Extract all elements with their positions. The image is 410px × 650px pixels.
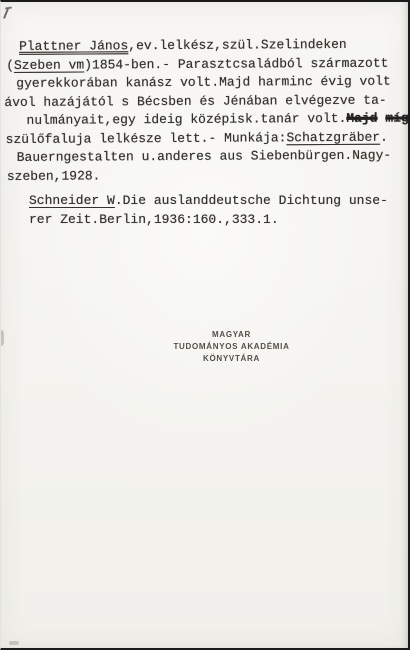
struck-out-text: míg <box>385 111 408 126</box>
text-segment: ( <box>6 57 14 72</box>
typewritten-line: rer Zeit.Berlin,1936:160.,333.1. <box>4 211 388 230</box>
typewritten-line: Plattner János,ev.lelkész,szül.Szelindek… <box>4 36 408 57</box>
text-segment: )1854-ben.- Parasztcsaládból származott <box>84 55 388 72</box>
underlined-text: Schatzgräber <box>286 129 380 145</box>
library-catalog-card: Plattner János,ev.lelkész,szül.Szelindek… <box>0 0 410 650</box>
text-segment: .Die auslanddeutsche Dichtung unse- <box>115 193 388 208</box>
typewritten-line: Schneider W.Die auslanddeutsche Dichtung… <box>4 192 388 211</box>
scan-artifact-edge-smudge <box>1 330 4 346</box>
scan-artifact-bottom-smudge <box>9 641 19 645</box>
text-segment: Bauerngestalten u.anderes aus Siebenbürg… <box>17 148 392 165</box>
typewritten-line: ávol hazájától s Bécsben és Jénában elvé… <box>4 91 408 112</box>
text-segment: ,ev.lelkész,szül.Szelindeken <box>128 37 347 53</box>
underlined-text: Szeben vm <box>14 57 84 72</box>
stamp-line-akademia: TUDOMÁNYOS AKADÉMIA <box>149 341 314 353</box>
typewritten-line: Bauerngestalten u.anderes aus Siebenbürg… <box>5 147 409 168</box>
struck-out-text: Majd <box>346 111 377 126</box>
underlined-text: Schneider W <box>29 193 115 208</box>
text-segment <box>378 111 386 126</box>
text-segment: szülőfaluja lelkésze lett.- Munkája: <box>6 130 287 147</box>
stamp-line-magyar: MAGYAR <box>149 329 314 341</box>
biography-text-block: Plattner János,ev.lelkész,szül.Szelindek… <box>4 36 409 186</box>
library-ownership-stamp: MAGYAR TUDOMÁNYOS AKADÉMIA KÖNYVTÁRA <box>149 329 314 365</box>
text-segment: szeben,1928. <box>7 168 101 184</box>
text-segment: ávol hazájától s Bécsben és Jénában elvé… <box>4 92 386 109</box>
scan-artifact-corner-mark <box>3 8 9 19</box>
underlined-text: Plattner János <box>19 38 128 54</box>
text-segment: gyerekkorában kanász volt.Majd harminc é… <box>16 74 391 91</box>
typewritten-line: gyerekkorában kanász volt.Majd harminc é… <box>4 73 408 94</box>
typewritten-line: szülőfaluja lelkésze lett.- Munkája:Scha… <box>5 128 409 149</box>
typewritten-line: (Szeben vm)1854-ben.- Parasztcsaládból s… <box>4 54 408 75</box>
text-segment: . <box>380 129 388 144</box>
text-segment: nulmányait,egy ideig középisk.tanár volt… <box>26 111 346 128</box>
typewritten-line: szeben,1928. <box>5 165 409 186</box>
stamp-line-konyvtara: KÖNYVTÁRA <box>149 353 314 365</box>
typewritten-line: nulmányait,egy ideig középisk.tanár volt… <box>4 110 408 131</box>
text-segment: rer Zeit.Berlin,1936:160.,333.1. <box>29 212 279 227</box>
bibliographic-reference-block: Schneider W.Die auslanddeutsche Dichtung… <box>4 192 388 229</box>
